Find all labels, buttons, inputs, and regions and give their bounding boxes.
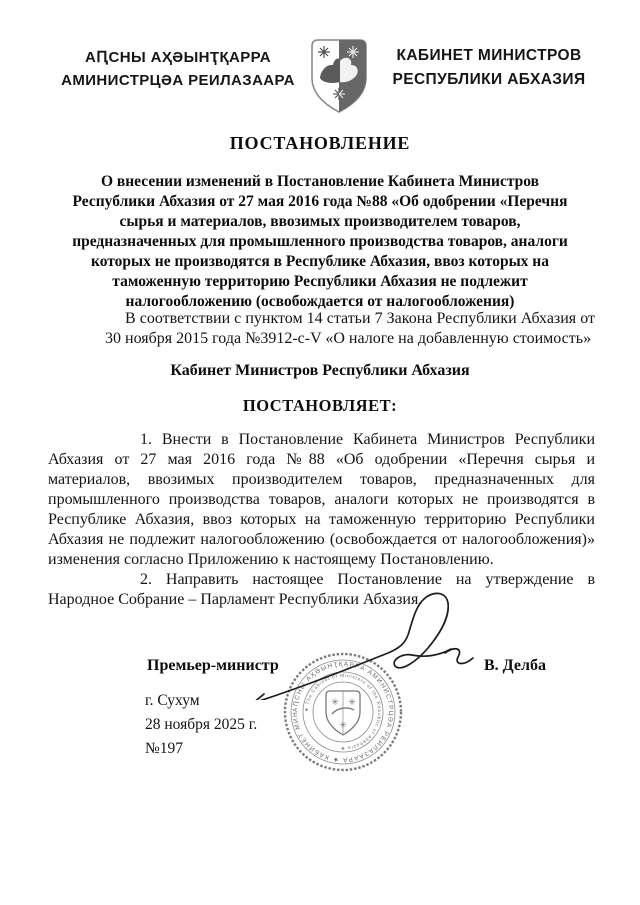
subject-line: таможенную территорию Республики Абхазия… [0, 272, 640, 292]
signatory-name: В. Делба [484, 657, 546, 675]
signature-autograph [240, 585, 480, 705]
subject-line: предназначенных для промышленного произв… [0, 232, 640, 252]
org-name-abkhaz-line2: АМИНИСТРЦӘА РЕИЛАЗААРА [58, 69, 298, 92]
org-name-abkhaz-line1: АԤСНЫ АҲӘЫНҬҚАРРА [58, 46, 298, 69]
resolves-heading: ПОСТАНОВЛЯЕТ: [0, 396, 640, 416]
subject-line: Республики Абхазия от 27 мая 2016 года №… [0, 192, 640, 212]
svg-text:✳: ✳ [339, 720, 347, 730]
preamble: В соответствии с пунктом 14 статьи 7 Зак… [105, 309, 595, 349]
subject-line: которых не производятся в Республике Абх… [0, 252, 640, 272]
signature-place: г. Сухум [145, 692, 200, 710]
coat-of-arms-icon [307, 36, 371, 121]
document-subject: О внесении изменений в Постановление Каб… [0, 172, 640, 312]
org-name-abkhaz: АԤСНЫ АҲӘЫНҬҚАРРА АМИНИСТРЦӘА РЕИЛАЗААРА [58, 46, 298, 93]
document-number: №197 [145, 740, 183, 758]
org-name-russian: КАБИНЕТ МИНИСТРОВ РЕСПУБЛИКИ АБХАЗИЯ [380, 44, 598, 92]
document-type-title: ПОСТАНОВЛЕНИЕ [0, 133, 640, 154]
subject-line: О внесении изменений в Постановление Каб… [0, 172, 640, 192]
subject-line: сырья и материалов, ввозимых производите… [0, 212, 640, 232]
document-page: АԤСНЫ АҲӘЫНҬҚАРРА АМИНИСТРЦӘА РЕИЛАЗААРА [0, 0, 640, 905]
org-name-russian-line1: КАБИНЕТ МИНИСТРОВ [380, 44, 598, 68]
resolution-body: 1. Внести в Постановление Кабинета Минис… [48, 430, 595, 610]
org-name-russian-line2: РЕСПУБЛИКИ АБХАЗИЯ [380, 68, 598, 92]
resolution-item-1: 1. Внести в Постановление Кабинета Минис… [48, 430, 595, 570]
signature-date: 28 ноября 2025 г. [145, 716, 257, 734]
issuing-body: Кабинет Министров Республики Абхазия [0, 362, 640, 380]
